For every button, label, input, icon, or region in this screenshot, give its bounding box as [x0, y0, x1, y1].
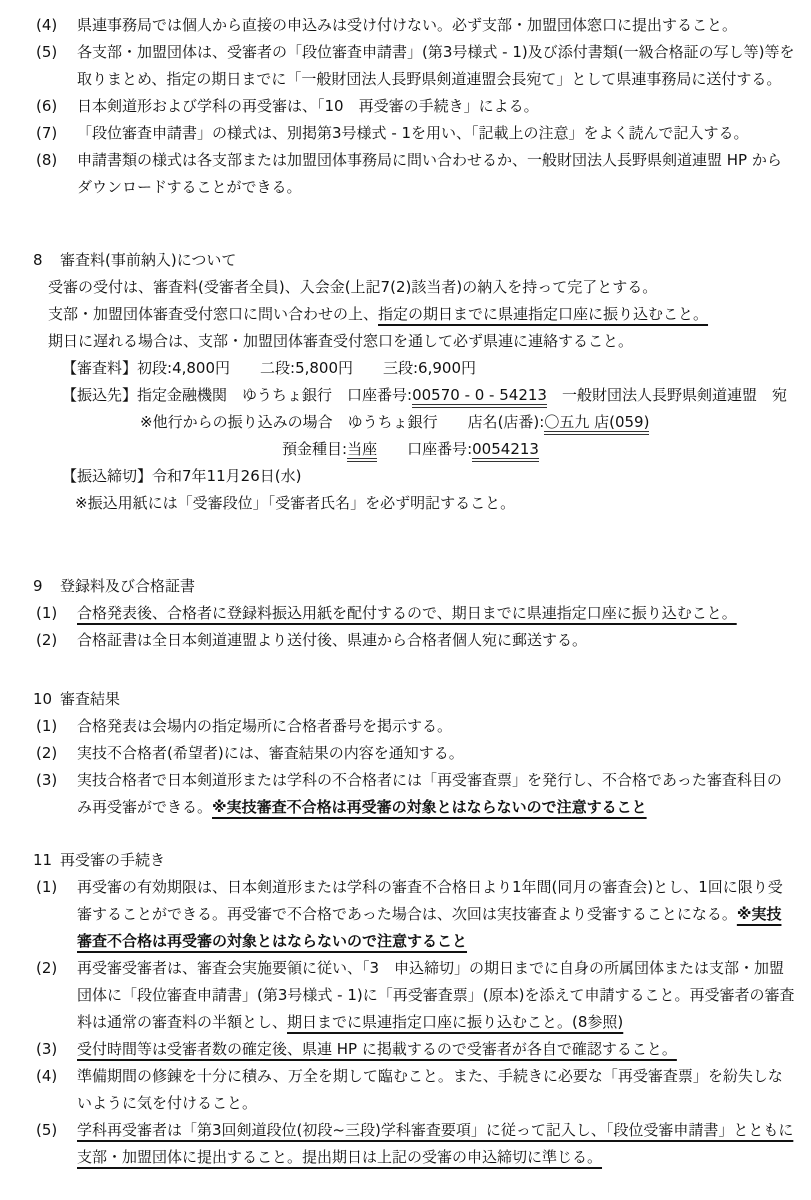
- item-number: (2): [36, 740, 77, 767]
- item-text: 合格発表は会場内の指定場所に合格者番号を掲示する。: [77, 713, 795, 740]
- intro-item-4: (4) 県連事務局では個人から直接の申込みは受け付けない。必ず支部・加盟団体窓口…: [36, 12, 795, 39]
- account-label: 口座番号:: [377, 440, 472, 458]
- section-heading: 10 審査結果: [36, 686, 795, 713]
- transfer-note: ※振込用紙には「受審段位」「受審者氏名」を必ず明記すること。: [36, 490, 795, 517]
- bank-info: 指定金融機関 ゆうちょ銀行 口座番号:: [137, 386, 412, 404]
- item-text: 各支部・加盟団体は、受審者の「段位審査申請書」(第3号様式 - 1)及び添付書類…: [77, 39, 795, 93]
- deposit-type: 当座: [347, 440, 377, 462]
- warning-note: ※実技審査不合格は再受審の対象とはならないので注意すること: [212, 798, 647, 816]
- item-text: 実技不合格者(希望者)には、審査結果の内容を通知する。: [77, 740, 795, 767]
- item-number: (5): [36, 39, 77, 66]
- item-number: (8): [36, 147, 77, 174]
- deadline-line: 【振込締切】令和7年11月26日(水): [36, 463, 795, 490]
- intro-item-8: (8) 申請書類の様式は各支部または加盟団体事務局に問い合わせるか、一般財団法人…: [36, 147, 795, 201]
- item-text: 申請書類の様式は各支部または加盟団体事務局に問い合わせるか、一般財団法人長野県剣…: [77, 147, 795, 201]
- item-number: (4): [36, 12, 77, 39]
- account-number: 00570 - 0 - 54213: [412, 386, 547, 408]
- list-item: (2) 合格証書は全日本剣道連盟より送付後、県連から合格者個人宛に郵送する。: [36, 627, 795, 654]
- item-number: (3): [36, 1036, 77, 1063]
- item-text: 再受審受審者は、審査会実施要領に従い、「3 申込締切」の期日までに自身の所属団体…: [77, 955, 795, 1036]
- item-number: (7): [36, 120, 77, 147]
- branch-name: 〇五九 店(059): [544, 413, 649, 435]
- item-number: (4): [36, 1063, 77, 1090]
- paragraph: 受審の受付は、審査料(受審者全員)、入会金(上記7(2)該当者)の納入を持って完…: [36, 274, 795, 301]
- section-number: 11: [33, 847, 60, 874]
- fee-values: 初段:4,800円 二段:5,800円 三段:6,900円: [137, 359, 476, 377]
- section-heading: 9 登録料及び合格証書: [36, 573, 795, 600]
- section-title: 再受審の手続き: [60, 847, 165, 874]
- item-number: (1): [36, 713, 77, 740]
- fee-label: 【審査料】: [62, 359, 137, 377]
- section-registration: 9 登録料及び合格証書 (1) 合格発表後、合格者に登録料振込用紙を配付するので…: [36, 573, 795, 654]
- item-number: (1): [36, 600, 77, 627]
- item-number: (3): [36, 767, 77, 794]
- item-text: 受付時間等は受審者数の確定後、県連 HP に掲載するので受審者が各自で確認するこ…: [77, 1036, 795, 1063]
- item-text-main: 再受審の有効期限は、日本剣道形または学科の審査不合格日より1年間(同月の審査会)…: [77, 878, 783, 923]
- list-item: (1) 再受審の有効期限は、日本剣道形または学科の審査不合格日より1年間(同月の…: [36, 874, 795, 955]
- section-title: 審査結果: [60, 686, 120, 713]
- paragraph: 支部・加盟団体審査受付窓口に問い合わせの上、指定の期日までに県連指定口座に振り込…: [36, 301, 795, 328]
- item-text: 学科再受審者は「第3回剣道段位(初段~三段)学科審査要項」に従って記入し、「段位…: [77, 1117, 795, 1171]
- item-text: 実技合格者で日本剣道形または学科の不合格者には「再受審査票」を発行し、不合格であ…: [77, 767, 795, 821]
- document-page: (4) 県連事務局では個人から直接の申込みは受け付けない。必ず支部・加盟団体窓口…: [0, 0, 811, 1200]
- fee-line: 【審査料】初段:4,800円 二段:5,800円 三段:6,900円: [36, 355, 795, 382]
- underlined-text: 期日までに県連指定口座に振り込むこと。(8参照): [287, 1013, 623, 1031]
- item-number: (5): [36, 1117, 77, 1144]
- intro-item-6: (6) 日本剣道形および学科の再受審は、「10 再受審の手続き」による。: [36, 93, 795, 120]
- item-text: 県連事務局では個人から直接の申込みは受け付けない。必ず支部・加盟団体窓口に提出す…: [77, 12, 795, 39]
- other-bank-text: ※他行からの振り込みの場合 ゆうちょ銀行 店名(店番):: [140, 413, 544, 431]
- section-heading: 11 再受審の手続き: [36, 847, 795, 874]
- section-results: 10 審査結果 (1) 合格発表は会場内の指定場所に合格者番号を掲示する。 (2…: [36, 686, 795, 821]
- list-item: (1) 合格発表は会場内の指定場所に合格者番号を掲示する。: [36, 713, 795, 740]
- paragraph: 期日に遅れる場合は、支部・加盟団体審査受付窓口を通して必ず県連に連絡すること。: [36, 328, 795, 355]
- item-number: (2): [36, 955, 77, 982]
- section-title: 審査料(事前納入)について: [60, 247, 236, 274]
- item-text: 準備期間の修錬を十分に積み、万全を期して臨むこと。また、手続きに必要な「再受審査…: [77, 1063, 795, 1117]
- list-item: (1) 合格発表後、合格者に登録料振込用紙を配付するので、期日までに県連指定口座…: [36, 600, 795, 627]
- section-number: 9: [33, 573, 60, 600]
- list-item: (3) 実技合格者で日本剣道形または学科の不合格者には「再受審査票」を発行し、不…: [36, 767, 795, 821]
- item-number: (1): [36, 874, 77, 901]
- account-number: 0054213: [472, 440, 539, 462]
- section-number: 8: [33, 247, 60, 274]
- intro-item-5: (5) 各支部・加盟団体は、受審者の「段位審査申請書」(第3号様式 - 1)及び…: [36, 39, 795, 93]
- deposit-label: 預金種目:: [282, 440, 347, 458]
- list-item: (5) 学科再受審者は「第3回剣道段位(初段~三段)学科審査要項」に従って記入し…: [36, 1117, 795, 1171]
- list-item: (2) 実技不合格者(希望者)には、審査結果の内容を通知する。: [36, 740, 795, 767]
- other-bank-line: ※他行からの振り込みの場合 ゆうちょ銀行 店名(店番):〇五九 店(059): [36, 409, 795, 436]
- item-text: 合格発表後、合格者に登録料振込用紙を配付するので、期日までに県連指定口座に振り込…: [77, 600, 795, 627]
- section-reexam: 11 再受審の手続き (1) 再受審の有効期限は、日本剣道形または学科の審査不合…: [36, 847, 795, 1171]
- underlined-text: 学科再受審者は「第3回剣道段位(初段~三段)学科審査要項」に従って記入し、「段位…: [77, 1121, 793, 1166]
- intro-item-7: (7) 「段位審査申請書」の様式は、別掲第3号様式 - 1を用い、「記載上の注意…: [36, 120, 795, 147]
- section-heading: 8 審査料(事前納入)について: [36, 247, 795, 274]
- bank-line: 【振込先】指定金融機関 ゆうちょ銀行 口座番号:00570 - 0 - 5421…: [36, 382, 795, 409]
- item-text: 「段位審査申請書」の様式は、別掲第3号様式 - 1を用い、「記載上の注意」をよく…: [77, 120, 795, 147]
- item-text: 合格証書は全日本剣道連盟より送付後、県連から合格者個人宛に郵送する。: [77, 627, 795, 654]
- paragraph-text: 支部・加盟団体審査受付窓口に問い合わせの上、: [48, 305, 378, 323]
- item-number: (6): [36, 93, 77, 120]
- item-text: 再受審の有効期限は、日本剣道形または学科の審査不合格日より1年間(同月の審査会)…: [77, 874, 795, 955]
- deadline-date: 令和7年11月26日(水): [152, 467, 301, 485]
- underlined-text: 受付時間等は受審者数の確定後、県連 HP に掲載するので受審者が各自で確認するこ…: [77, 1040, 677, 1058]
- section-title: 登録料及び合格証書: [60, 573, 195, 600]
- underlined-text: 合格発表後、合格者に登録料振込用紙を配付するので、期日までに県連指定口座に振り込…: [77, 604, 737, 622]
- deadline-label: 【振込締切】: [62, 467, 152, 485]
- list-item: (2) 再受審受審者は、審査会実施要領に従い、「3 申込締切」の期日までに自身の…: [36, 955, 795, 1036]
- list-item: (3) 受付時間等は受審者数の確定後、県連 HP に掲載するので受審者が各自で確…: [36, 1036, 795, 1063]
- bank-label: 【振込先】: [62, 386, 137, 404]
- bank-payee: 一般財団法人長野県剣道連盟 宛: [547, 386, 787, 404]
- section-number: 10: [33, 686, 60, 713]
- deposit-line: 預金種目:当座 口座番号:0054213: [36, 436, 795, 463]
- item-number: (2): [36, 627, 77, 654]
- underlined-text: 指定の期日までに県連指定口座に振り込むこと。: [378, 305, 708, 323]
- item-text: 日本剣道形および学科の再受審は、「10 再受審の手続き」による。: [77, 93, 795, 120]
- list-item: (4) 準備期間の修錬を十分に積み、万全を期して臨むこと。また、手続きに必要な「…: [36, 1063, 795, 1117]
- section-audit-fee: 8 審査料(事前納入)について 受審の受付は、審査料(受審者全員)、入会金(上記…: [36, 247, 795, 517]
